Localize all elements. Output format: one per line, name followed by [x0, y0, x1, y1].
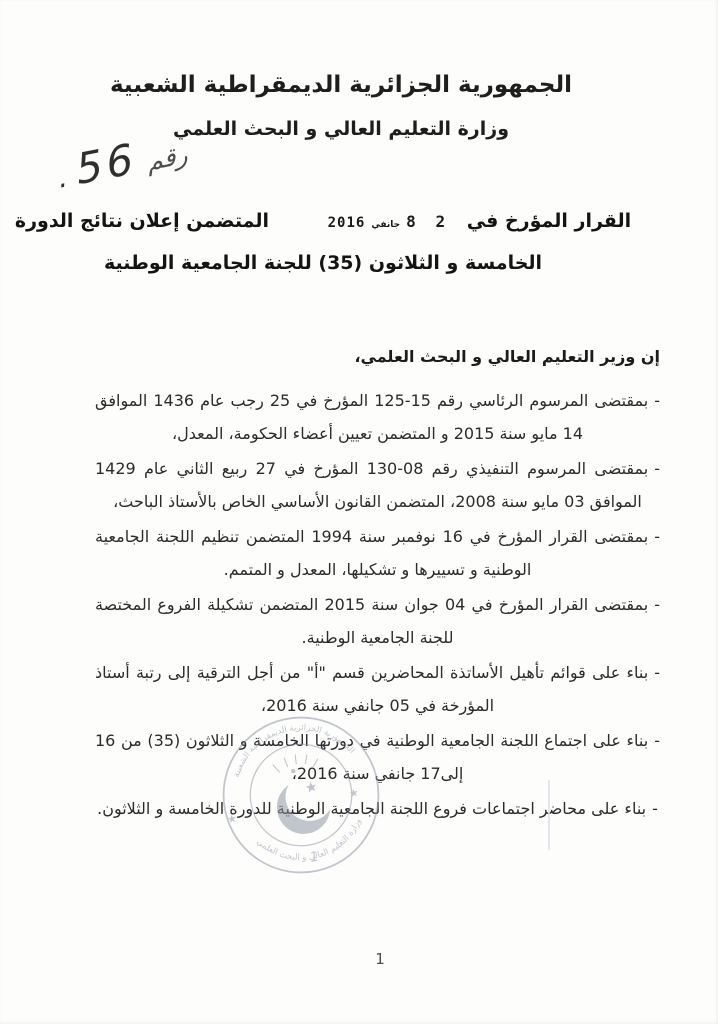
- clause-dash: -: [654, 391, 660, 410]
- title-part2: المتضمن إعلان نتائج الدورة: [15, 210, 269, 232]
- clause-text: بناء على اجتماع اللجنة الجامعية الوطنية …: [95, 731, 648, 783]
- scan-artifact-line: [548, 780, 550, 850]
- minister-intro-line: إن وزير التعليم العالي و البحث العلمي،: [0, 344, 718, 370]
- clause-dash: -: [654, 527, 660, 546]
- handwritten-period: .: [56, 160, 69, 195]
- clause-1: -بمقتضى المرسوم الرئاسي رقم 15‏-‏125 الم…: [95, 384, 660, 450]
- page-number: 1: [330, 950, 430, 968]
- clause-7: -بناء على محاضر اجتماعات فروع اللجنة الج…: [95, 792, 660, 825]
- clause-4: -بمقتضى القرار المؤرخ في 04 جوان سنة 201…: [95, 588, 660, 654]
- decree-title-line1: القرار المؤرخ في 2 8 جانفي 2016 المتضمن …: [0, 202, 682, 244]
- clause-5: -بناء على قوائم تأهيل الأساتذة المحاضرين…: [95, 656, 660, 722]
- clause-dash: -: [654, 459, 660, 478]
- clause-dash: -: [652, 799, 658, 818]
- republic-title: الجمهورية الجزائرية الديمقراطية الشعبية: [0, 70, 700, 100]
- handwritten-number: 56: [73, 134, 139, 194]
- clause-text: بناء على قوائم تأهيل الأساتذة المحاضرين …: [95, 663, 648, 715]
- clause-text: بناء على محاضر اجتماعات فروع اللجنة الجا…: [97, 799, 646, 818]
- handwritten-label: رقم: [145, 140, 188, 177]
- clause-3: -بمقتضى القرار المؤرخ في 16 نوفمبر سنة 1…: [95, 520, 660, 586]
- clause-2: -بمقتضى المرسوم التنفيذي رقم 08‏-‏130 ال…: [95, 452, 660, 518]
- clause-dash: -: [654, 595, 660, 614]
- letterhead: الجمهورية الجزائرية الديمقراطية الشعبية …: [0, 0, 700, 142]
- clause-text: بمقتضى القرار المؤرخ في 16 نوفمبر سنة 19…: [95, 527, 648, 579]
- clause-dash: -: [654, 731, 660, 750]
- clause-dash: -: [654, 663, 660, 682]
- seal-bottom-mark: 1: [309, 850, 320, 866]
- clause-text: بمقتضى المرسوم الرئاسي رقم 15‏-‏125 المؤ…: [95, 391, 648, 443]
- clause-text: بمقتضى القرار المؤرخ في 04 جوان سنة 2015…: [95, 595, 648, 647]
- title-part1: القرار المؤرخ في: [467, 210, 631, 232]
- date-stamp-day: 2 8: [406, 203, 450, 241]
- decree-title-line2: الخامسة و الثلاثون (35) للجنة الجامعية ا…: [0, 244, 682, 282]
- date-stamp-month: جانفي: [371, 206, 400, 244]
- clause-6: -بناء على اجتماع اللجنة الجامعية الوطنية…: [95, 724, 660, 790]
- clause-text: بمقتضى المرسوم التنفيذي رقم 08‏-‏130 الم…: [95, 459, 648, 511]
- decree-title: القرار المؤرخ في 2 8 جانفي 2016 المتضمن …: [0, 202, 682, 282]
- document-page: الجمهورية الجزائرية الديمقراطية الشعبية …: [0, 0, 718, 1024]
- considering-clauses: -بمقتضى المرسوم الرئاسي رقم 15‏-‏125 الم…: [0, 384, 718, 825]
- date-stamp-year: 2016: [328, 204, 366, 242]
- date-stamp: 2 8 جانفي 2016: [328, 203, 450, 244]
